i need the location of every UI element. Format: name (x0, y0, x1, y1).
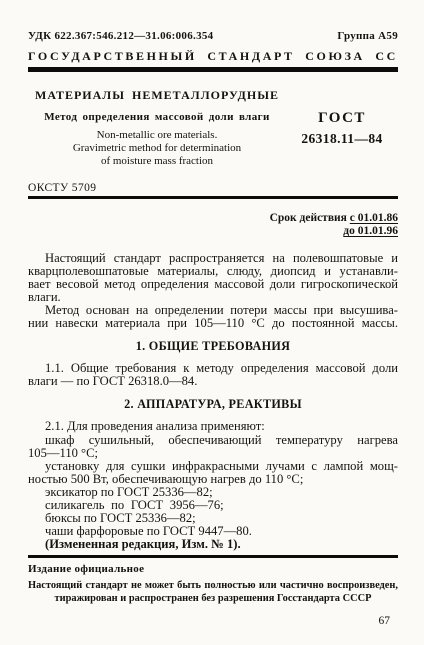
intro-line: Настоящий стандарт распространяется на п… (28, 252, 398, 265)
gost-designation: ГОСТ 26318.11—84 (286, 88, 398, 168)
section-2-line: 105—110 °С; (28, 447, 398, 460)
section-2-line: шкаф сушильный, обеспечивающий температу… (28, 434, 398, 447)
intro-line: Метод основан на определении потери масс… (28, 304, 398, 317)
title-left-column: МАТЕРИАЛЫ НЕМЕТАЛЛОРУДНЫЕ Метод определе… (28, 88, 286, 168)
udc-code: УДК 622.367:546.212—31.06:006.354 (28, 30, 213, 42)
banner-rule (28, 67, 398, 72)
document-body: Настоящий стандарт распространяется на п… (28, 252, 398, 552)
validity-prefix: Срок действия (270, 212, 350, 224)
gost-standard-page: УДК 622.367:546.212—31.06:006.354 Группа… (0, 0, 424, 645)
document-subtitle-ru: Метод определения массовой доли влаги (28, 111, 286, 123)
validity-date-from: с 01.01.86 (350, 212, 398, 224)
section-1-line: влаги — по ГОСТ 26318.0—84. (28, 375, 398, 388)
intro-line: влаги. (28, 291, 398, 304)
okstu-code: ОКСТУ 5709 (28, 182, 398, 194)
okstu-rule (28, 196, 398, 199)
gost-number: 26318.11—84 (286, 131, 398, 147)
page-footer: Издание официальное Настоящий стандарт н… (28, 555, 398, 627)
section-2-line: установку для сушки инфракрасными лучами… (28, 460, 398, 473)
header-row: УДК 622.367:546.212—31.06:006.354 Группа… (28, 30, 398, 42)
intro-line: вает весовой метод определения массовой … (28, 278, 398, 291)
amendment-note: (Измененная редакция, Изм. № 1). (28, 538, 398, 551)
title-en-line: of moisture mass fraction (28, 155, 286, 168)
group-code: Группа А59 (337, 30, 398, 42)
validity-period: Срок действия с 01.01.86 до 01.01.96 (28, 212, 398, 239)
footer-rule (28, 555, 398, 558)
validity-from: Срок действия с 01.01.86 (28, 212, 398, 226)
document-title-en: Non-metallic ore materials. Gravimetric … (28, 129, 286, 168)
intro-line: кварцполевошпатовые материалы, слюду, ди… (28, 265, 398, 278)
section-2-line: ностью 500 Вт, обеспечивающую нагрев до … (28, 473, 398, 486)
copyright-line: Настоящий стандарт не может быть полност… (28, 579, 398, 593)
document-title-ru: МАТЕРИАЛЫ НЕМЕТАЛЛОРУДНЫЕ (28, 88, 286, 103)
page-content: УДК 622.367:546.212—31.06:006.354 Группа… (0, 0, 424, 551)
official-edition-label: Издание официальное (28, 563, 398, 575)
validity-date-to: до 01.01.96 (343, 225, 398, 237)
section-2-heading: 2. АППАРАТУРА, РЕАКТИВЫ (28, 398, 398, 411)
title-en-line: Non-metallic ore materials. (28, 129, 286, 142)
copyright-line: тиражирован и распространен без разрешен… (28, 592, 398, 606)
validity-to: до 01.01.96 (28, 225, 398, 239)
state-standard-banner: ГОСУДАРСТВЕННЫЙ СТАНДАРТ СОЮЗА СС (28, 49, 398, 64)
section-2-line: 2.1. Для проведения анализа применяют: (28, 420, 398, 433)
title-block: МАТЕРИАЛЫ НЕМЕТАЛЛОРУДНЫЕ Метод определе… (28, 88, 398, 168)
intro-line: нии навески материала при 105—110 °С до … (28, 317, 398, 330)
copyright-notice: Настоящий стандарт не может быть полност… (28, 579, 398, 606)
title-en-line: Gravimetric method for determination (28, 142, 286, 155)
gost-label: ГОСТ (286, 110, 398, 127)
section-1-heading: 1. ОБЩИЕ ТРЕБОВАНИЯ (28, 340, 398, 353)
page-number: 67 (28, 615, 398, 627)
